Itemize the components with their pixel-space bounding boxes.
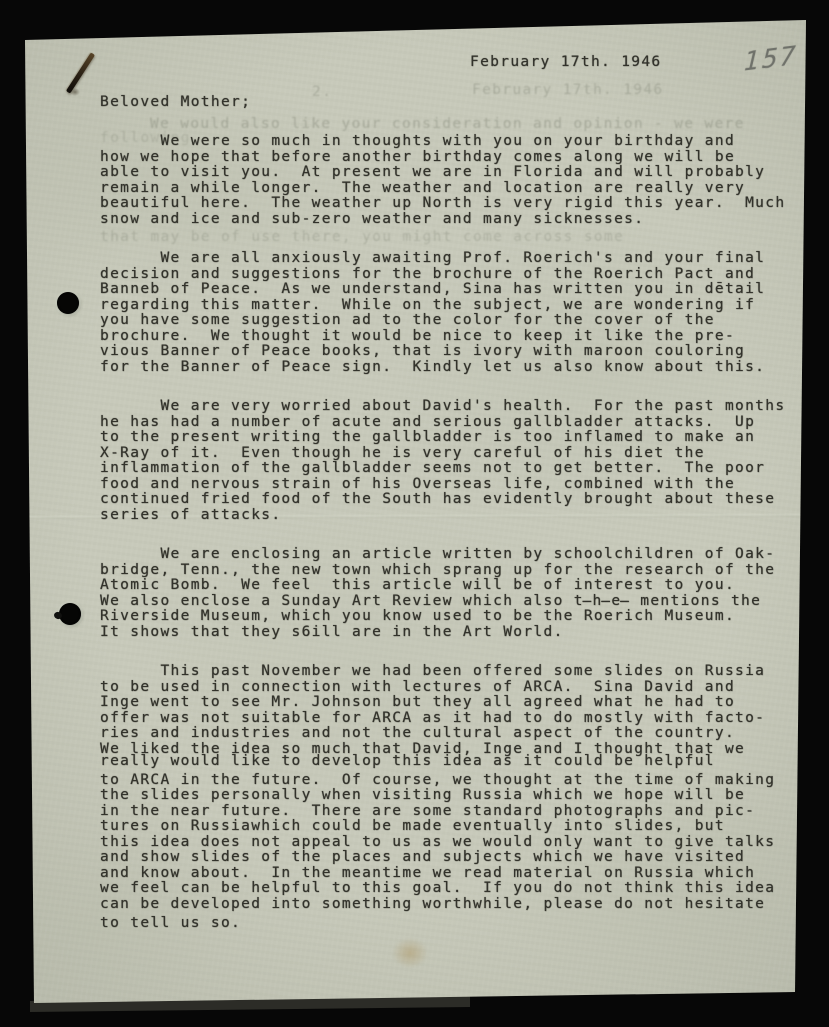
letter-line: we feel can be helpful to this goal. If … xyxy=(100,881,800,897)
letter-line: snow and ice and sub-zero weather and ma… xyxy=(100,212,800,228)
letter-paragraph: We are enclosing an article written by s… xyxy=(100,547,800,640)
letter-line: the slides personally when visiting Russ… xyxy=(100,788,800,804)
letter-line: We are very worried about David's health… xyxy=(100,399,800,415)
letter-line: and show slides of the places and subjec… xyxy=(100,850,800,866)
bleedthrough-line: 2. xyxy=(312,84,332,100)
letter-line: how we hope that before another birthday… xyxy=(100,150,800,166)
bleedthrough-line: We would also like your consideration an… xyxy=(150,116,745,132)
letter-line: he has had a number of acute and serious… xyxy=(100,415,800,431)
bleedthrough-line: February 17th. 1946 xyxy=(472,82,664,98)
letter-line: and know about. In the meantime we read … xyxy=(100,866,800,882)
letter-paragraph: We are very worried about David's health… xyxy=(100,399,800,523)
letter-line: really would like to develop this idea a… xyxy=(100,754,800,770)
scanned-letter-page: { "colors": { "scan_background": "#07070… xyxy=(0,0,829,1027)
letter-line: Riverside Museum, which you know used to… xyxy=(100,609,800,625)
letter-line: this idea does not appeal to us as we wo… xyxy=(100,835,800,851)
letter-line: We are enclosing an article written by s… xyxy=(100,547,800,563)
letter-line: for the Banner of Peace sign. Kindly let… xyxy=(100,360,800,376)
letter-line: you have some suggestion ad to the color… xyxy=(100,313,800,329)
letter-line: offer was not suitable for ARCA as it ha… xyxy=(100,711,800,727)
letter-line: to tell us so. xyxy=(100,916,800,932)
letter-line: This past November we had been offered s… xyxy=(100,664,800,680)
letter-line: Inge went to see Mr. Johnson but they al… xyxy=(100,695,800,711)
letter-line: Banneb of Peace. As we understand, Sina … xyxy=(100,282,800,298)
letter-line: decision and suggestions for the brochur… xyxy=(100,267,800,283)
letter-paper: 2.February 17th. 1946We would also like … xyxy=(0,0,829,1027)
letter-paragraph: We were so much in thoughts with you on … xyxy=(100,134,800,227)
letter-line: brochure. We thought it would be nice to… xyxy=(100,329,800,345)
letter-date: February 17th. 1946 xyxy=(470,55,662,71)
letter-paragraph: This past November we had been offered s… xyxy=(100,664,800,932)
letter-line: Atomic Bomb. We feel this article will b… xyxy=(100,578,800,594)
hole-punch-top xyxy=(57,292,79,314)
letter-line: to the present writing the gallbladder i… xyxy=(100,430,800,446)
letter-line: to ARCA in the future. Of course, we tho… xyxy=(100,773,800,789)
letter-line: We also enclose a Sunday Art Review whic… xyxy=(100,594,800,610)
staple xyxy=(66,52,95,93)
letter-line: to be used in connection with lectures o… xyxy=(100,680,800,696)
letter-line: continued fried food of the South has ev… xyxy=(100,492,800,508)
letter-line: in the near future. There are some stand… xyxy=(100,804,800,820)
letter-line: able to visit you. At present we are in … xyxy=(100,165,800,181)
letter-paragraphs: We were so much in thoughts with you on … xyxy=(100,134,800,956)
letter-line: regarding this matter. While on the subj… xyxy=(100,298,800,314)
pencil-page-number: 157 xyxy=(743,41,798,77)
letter-line: vious Banner of Peace books, that is ivo… xyxy=(100,344,800,360)
letter-line: series of attacks. xyxy=(100,508,800,524)
letter-line: X-Ray of it. Even though he is very care… xyxy=(100,446,800,462)
letter-line: It shows that they s6ill are in the Art … xyxy=(100,625,800,641)
letter-line: remain a while longer. The weather and l… xyxy=(100,181,800,197)
letter-line: We are all anxiously awaiting Prof. Roer… xyxy=(100,251,800,267)
letter-paragraph: We are all anxiously awaiting Prof. Roer… xyxy=(100,251,800,375)
letter-salutation: Beloved Mother; xyxy=(100,95,251,111)
age-stain xyxy=(392,938,428,968)
letter-line: inflammation of the gallbladder seems no… xyxy=(100,461,800,477)
letter-line: beautiful here. The weather up North is … xyxy=(100,196,800,212)
letter-line: food and nervous strain of his Overseas … xyxy=(100,477,800,493)
letter-line: tures on Russiawhich could be made event… xyxy=(100,819,800,835)
letter-line: We were so much in thoughts with you on … xyxy=(100,134,800,150)
letter-line: bridge, Tenn., the new town which sprang… xyxy=(100,563,800,579)
letter-line: ries and industries and not the cultural… xyxy=(100,726,800,742)
hole-punch-bottom xyxy=(59,603,81,625)
letter-line: can be developed into something worthwhi… xyxy=(100,897,800,913)
